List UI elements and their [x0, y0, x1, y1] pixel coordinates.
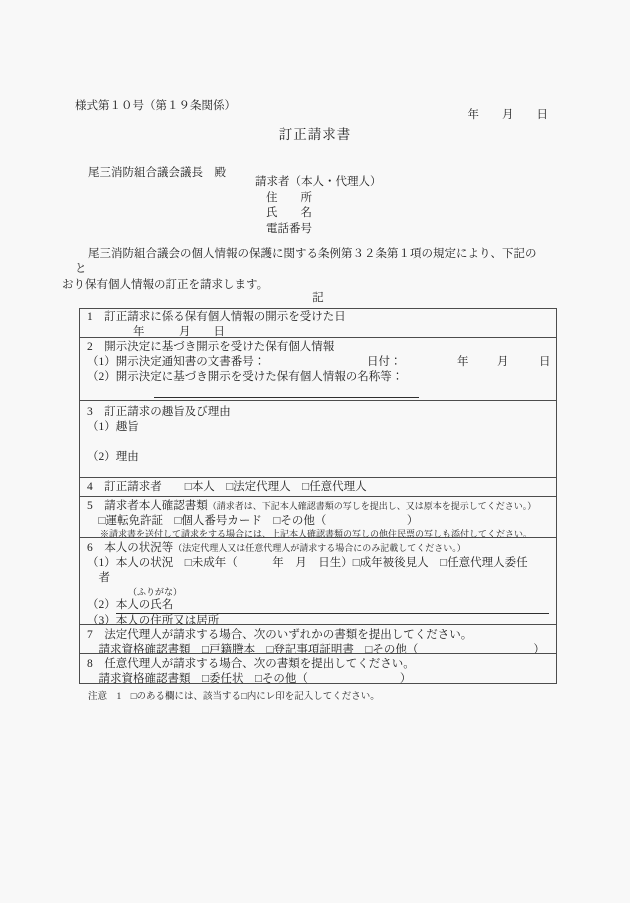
row4-requester-checkboxes: 4 訂正請求者 □本人 □法定代理人 □任意代理人 — [87, 480, 549, 495]
person-address-field: 本人の住所又は居所 — [116, 614, 549, 625]
body-line-1: 尾三消防組合議会の個人情報の保護に関する条例第３２条第１項の規定により、下記の — [88, 247, 630, 262]
table-row-2: 2 開示決定に基づき開示を受けた保有個人情報 （1）開示決定通知書の文書番号： … — [80, 338, 556, 401]
footer-note: 注意 1 □のある欄には、該当する□内にレ印を記入してください。 — [88, 688, 380, 702]
requester-name-label: 氏 名 — [266, 206, 382, 222]
page-title: 訂正請求書 — [0, 123, 630, 143]
month-label: 月 — [497, 355, 509, 370]
row3-blank-2 — [87, 465, 549, 478]
furigana-label: （ふりがな） — [128, 586, 549, 598]
row6-name-line: （2） 本人の氏名 — [87, 598, 549, 614]
form-code: 様式第１０号（第１９条関係） — [75, 97, 236, 113]
row6-title: 6 本人の状況等 — [87, 542, 173, 554]
requester-address-label: 住 所 — [266, 191, 382, 207]
row1-title: 1 訂正請求に係る保有個人情報の開示を受けた日 — [87, 310, 549, 325]
section-marker: 記 — [79, 289, 557, 305]
row2-blank-underline — [154, 387, 419, 398]
table-row-5: 5 請求者本人確認書類（請求者は、下記本人確認書類の写しを提出し、又は原本を提示… — [80, 497, 556, 538]
row6-title-note: （法定代理人又は任意代理人が請求する場合にのみ記載してください。） — [173, 543, 466, 553]
row6-address-line: （3） 本人の住所又は居所 — [87, 614, 549, 625]
row3-title: 3 訂正請求の趣旨及び理由 — [87, 405, 549, 420]
row6-address-prefix: （3） — [87, 614, 116, 625]
addressee: 尾三消防組合議会議長 殿 — [88, 164, 226, 180]
row2-name-line: （2）開示決定に基づき開示を受けた保有個人情報の名称等： — [87, 370, 549, 385]
requester-phone-label: 電話番号 — [266, 222, 382, 238]
requester-heading: 請求者（本人・代理人） — [255, 175, 382, 191]
table-row-7: 7 法定代理人が請求する場合、次のいずれかの書類を提出してください。 請求資格確… — [80, 625, 556, 654]
row5-title: 5 請求者本人確認書類 — [87, 500, 208, 512]
year-label: 年 — [457, 355, 469, 370]
row7-doc-checkboxes: 請求資格確認書類 □戸籍謄本 □登記事項証明書 □その他（ ） — [87, 643, 549, 654]
row5-title-note: （請求者は、下記本人確認書類の写しを提出し、又は原本を提示してください。） — [208, 501, 537, 511]
body-line-2: と — [75, 262, 630, 277]
requester-block: 請求者（本人・代理人） 住 所 氏 名 電話番号 — [255, 175, 382, 237]
row5-mailing-note: ※請求書を送付して請求をする場合には、上記本人確認書類の写しの他住民票の写しも添… — [100, 529, 549, 538]
person-name-field: 本人の氏名 — [116, 598, 549, 614]
row5-id-checkboxes: □運転免許証 □個人番号カード □その他（ ） — [87, 514, 549, 529]
row2-docnum-line: （1）開示決定通知書の文書番号： 日付： 年 月 日 — [87, 355, 549, 370]
table-row-1: 1 訂正請求に係る保有個人情報の開示を受けた日 年 月 日 — [80, 309, 556, 338]
day-label: 日 — [539, 355, 551, 370]
row2-title: 2 開示決定に基づき開示を受けた保有個人情報 — [87, 340, 549, 355]
date-line: 年 月 日 — [468, 106, 549, 122]
date-label: 日付： — [367, 355, 402, 370]
row6-title-line: 6 本人の状況等（法定代理人又は任意代理人が請求する場合にのみ記載してください。… — [87, 541, 549, 556]
row8-doc-checkboxes: 請求資格確認書類 □委任状 □その他（ ） — [87, 672, 549, 683]
table-row-4: 4 訂正請求者 □本人 □法定代理人 □任意代理人 — [80, 478, 556, 497]
row3-reason-label: （2）理由 — [87, 450, 549, 465]
row1-date-blanks: 年 月 日 — [87, 325, 549, 338]
row8-title: 8 任意代理人が請求する場合、次の書類を提出してください。 — [87, 657, 549, 672]
row6-status-checkboxes: （1）本人の状況 □未成年（ 年 月 日生）□成年被後見人 □任意代理人委任 — [87, 556, 549, 571]
row3-purpose-label: （1）趣旨 — [87, 420, 549, 435]
row6-name-prefix: （2） — [87, 598, 116, 614]
request-form-table: 1 訂正請求に係る保有個人情報の開示を受けた日 年 月 日 2 開示決定に基づき… — [79, 308, 557, 684]
document-page: 様式第１０号（第１９条関係） 年 月 日 訂正請求書 尾三消防組合議会議長 殿 … — [0, 0, 630, 903]
row6-status-wrap: 者 — [87, 571, 549, 586]
table-row-8: 8 任意代理人が請求する場合、次の書類を提出してください。 請求資格確認書類 □… — [80, 654, 556, 683]
body-paragraph: 尾三消防組合議会の個人情報の保護に関する条例第３２条第１項の規定により、下記の … — [0, 247, 630, 293]
row5-title-line: 5 請求者本人確認書類（請求者は、下記本人確認書類の写しを提出し、又は原本を提示… — [87, 499, 549, 514]
row3-blank-1 — [87, 435, 549, 450]
row7-title: 7 法定代理人が請求する場合、次のいずれかの書類を提出してください。 — [87, 628, 549, 643]
table-row-3: 3 訂正請求の趣旨及び理由 （1）趣旨 （2）理由 — [80, 401, 556, 478]
table-row-6: 6 本人の状況等（法定代理人又は任意代理人が請求する場合にのみ記載してください。… — [80, 538, 556, 625]
doc-number-label: （1）開示決定通知書の文書番号： — [87, 356, 265, 368]
